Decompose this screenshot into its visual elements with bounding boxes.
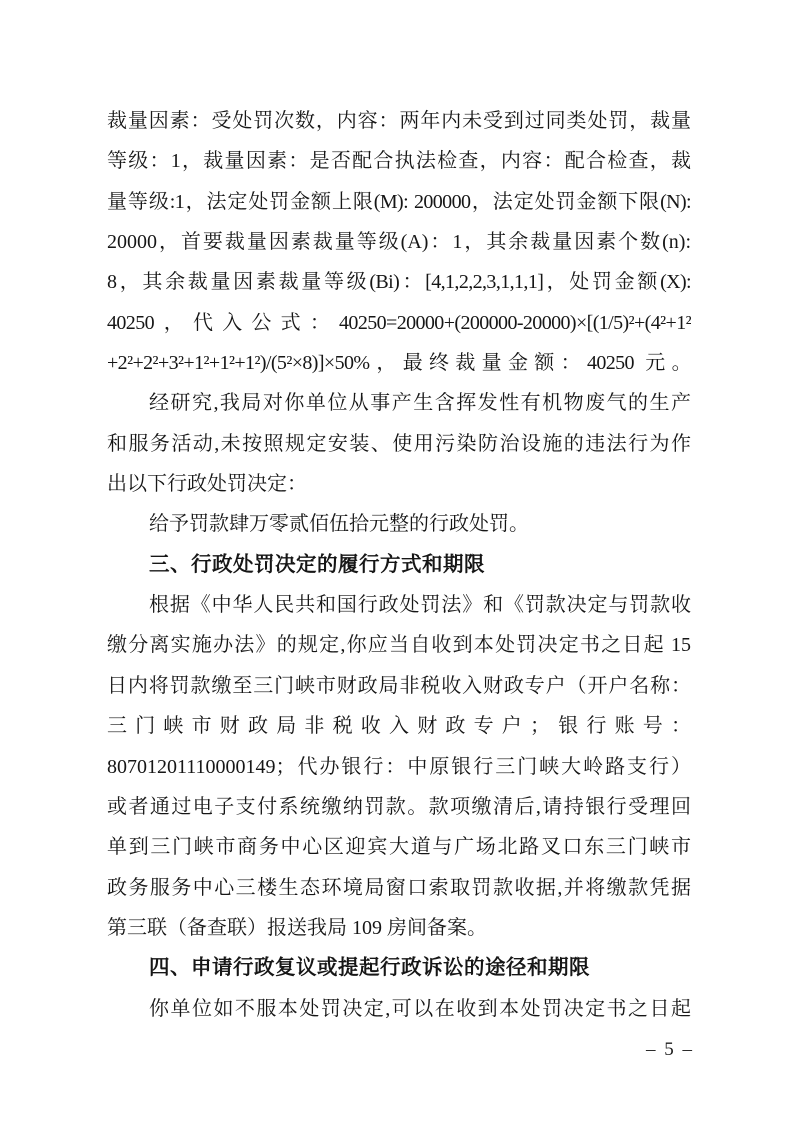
document-line: 20000，首要裁量因素裁量等级(A)：1，其余裁量因素个数(n):: [107, 222, 691, 262]
document-line: 出以下行政处罚决定：: [107, 464, 691, 504]
document-line: 缴分离实施办法》的规定,你应当自收到本处罚决定书之日起 15: [107, 625, 691, 665]
page-footer: – 5 –: [646, 1038, 694, 1062]
document-line: 三门峡市财政局非税收入财政专户；银行账号：: [107, 706, 691, 746]
page-number: – 5 –: [646, 1039, 694, 1060]
document-line: 给予罚款肆万零贰佰伍拾元整的行政处罚。: [107, 504, 691, 544]
document-body: 裁量因素：受处罚次数，内容：两年内未受到过同类处罚，裁量等级：1，裁量因素：是否…: [107, 101, 691, 1029]
document-line: 等级：1，裁量因素：是否配合执法检查，内容：配合检查，裁: [107, 141, 691, 181]
document-line: 日内将罚款缴至三门峡市财政局非税收入财政专户（开户名称：: [107, 666, 691, 706]
document-line: 第三联（备查联）报送我局 109 房间备案。: [107, 908, 691, 948]
document-line: 政务服务中心三楼生态环境局窗口索取罚款收据,并将缴款凭据: [107, 868, 691, 908]
document-line: 经研究,我局对你单位从事产生含挥发性有机物废气的生产: [107, 383, 691, 423]
section-heading: 三、行政处罚决定的履行方式和期限: [107, 545, 691, 585]
document-line: 40250，代入公式：40250=20000+(200000-20000)×[(…: [107, 303, 691, 343]
document-line: 根据《中华人民共和国行政处罚法》和《罚款决定与罚款收: [107, 585, 691, 625]
document-line: +2²+2²+3²+1²+1²+1²)/(5²×8)]×50%，最终裁量金额：4…: [107, 343, 691, 383]
document-line: 80701201110000149；代办银行：中原银行三门峡大岭路支行）: [107, 747, 691, 787]
document-line: 单到三门峡市商务中心区迎宾大道与广场北路叉口东三门峡市: [107, 827, 691, 867]
document-page: 裁量因素：受处罚次数，内容：两年内未受到过同类处罚，裁量等级：1，裁量因素：是否…: [0, 0, 793, 1122]
document-line: 8，其余裁量因素裁量等级(Bi)：[4,1,2,2,3,1,1,1]，处罚金额(…: [107, 262, 691, 302]
section-heading: 四、申请行政复议或提起行政诉讼的途径和期限: [107, 948, 691, 988]
document-line: 和服务活动,未按照规定安装、使用污染防治设施的违法行为作: [107, 424, 691, 464]
document-line: 你单位如不服本处罚决定,可以在收到本处罚决定书之日起: [107, 989, 691, 1029]
document-line: 或者通过电子支付系统缴纳罚款。款项缴清后,请持银行受理回: [107, 787, 691, 827]
document-line: 裁量因素：受处罚次数，内容：两年内未受到过同类处罚，裁量: [107, 101, 691, 141]
document-line: 量等级:1，法定处罚金额上限(M): 200000，法定处罚金额下限(N):: [107, 182, 691, 222]
